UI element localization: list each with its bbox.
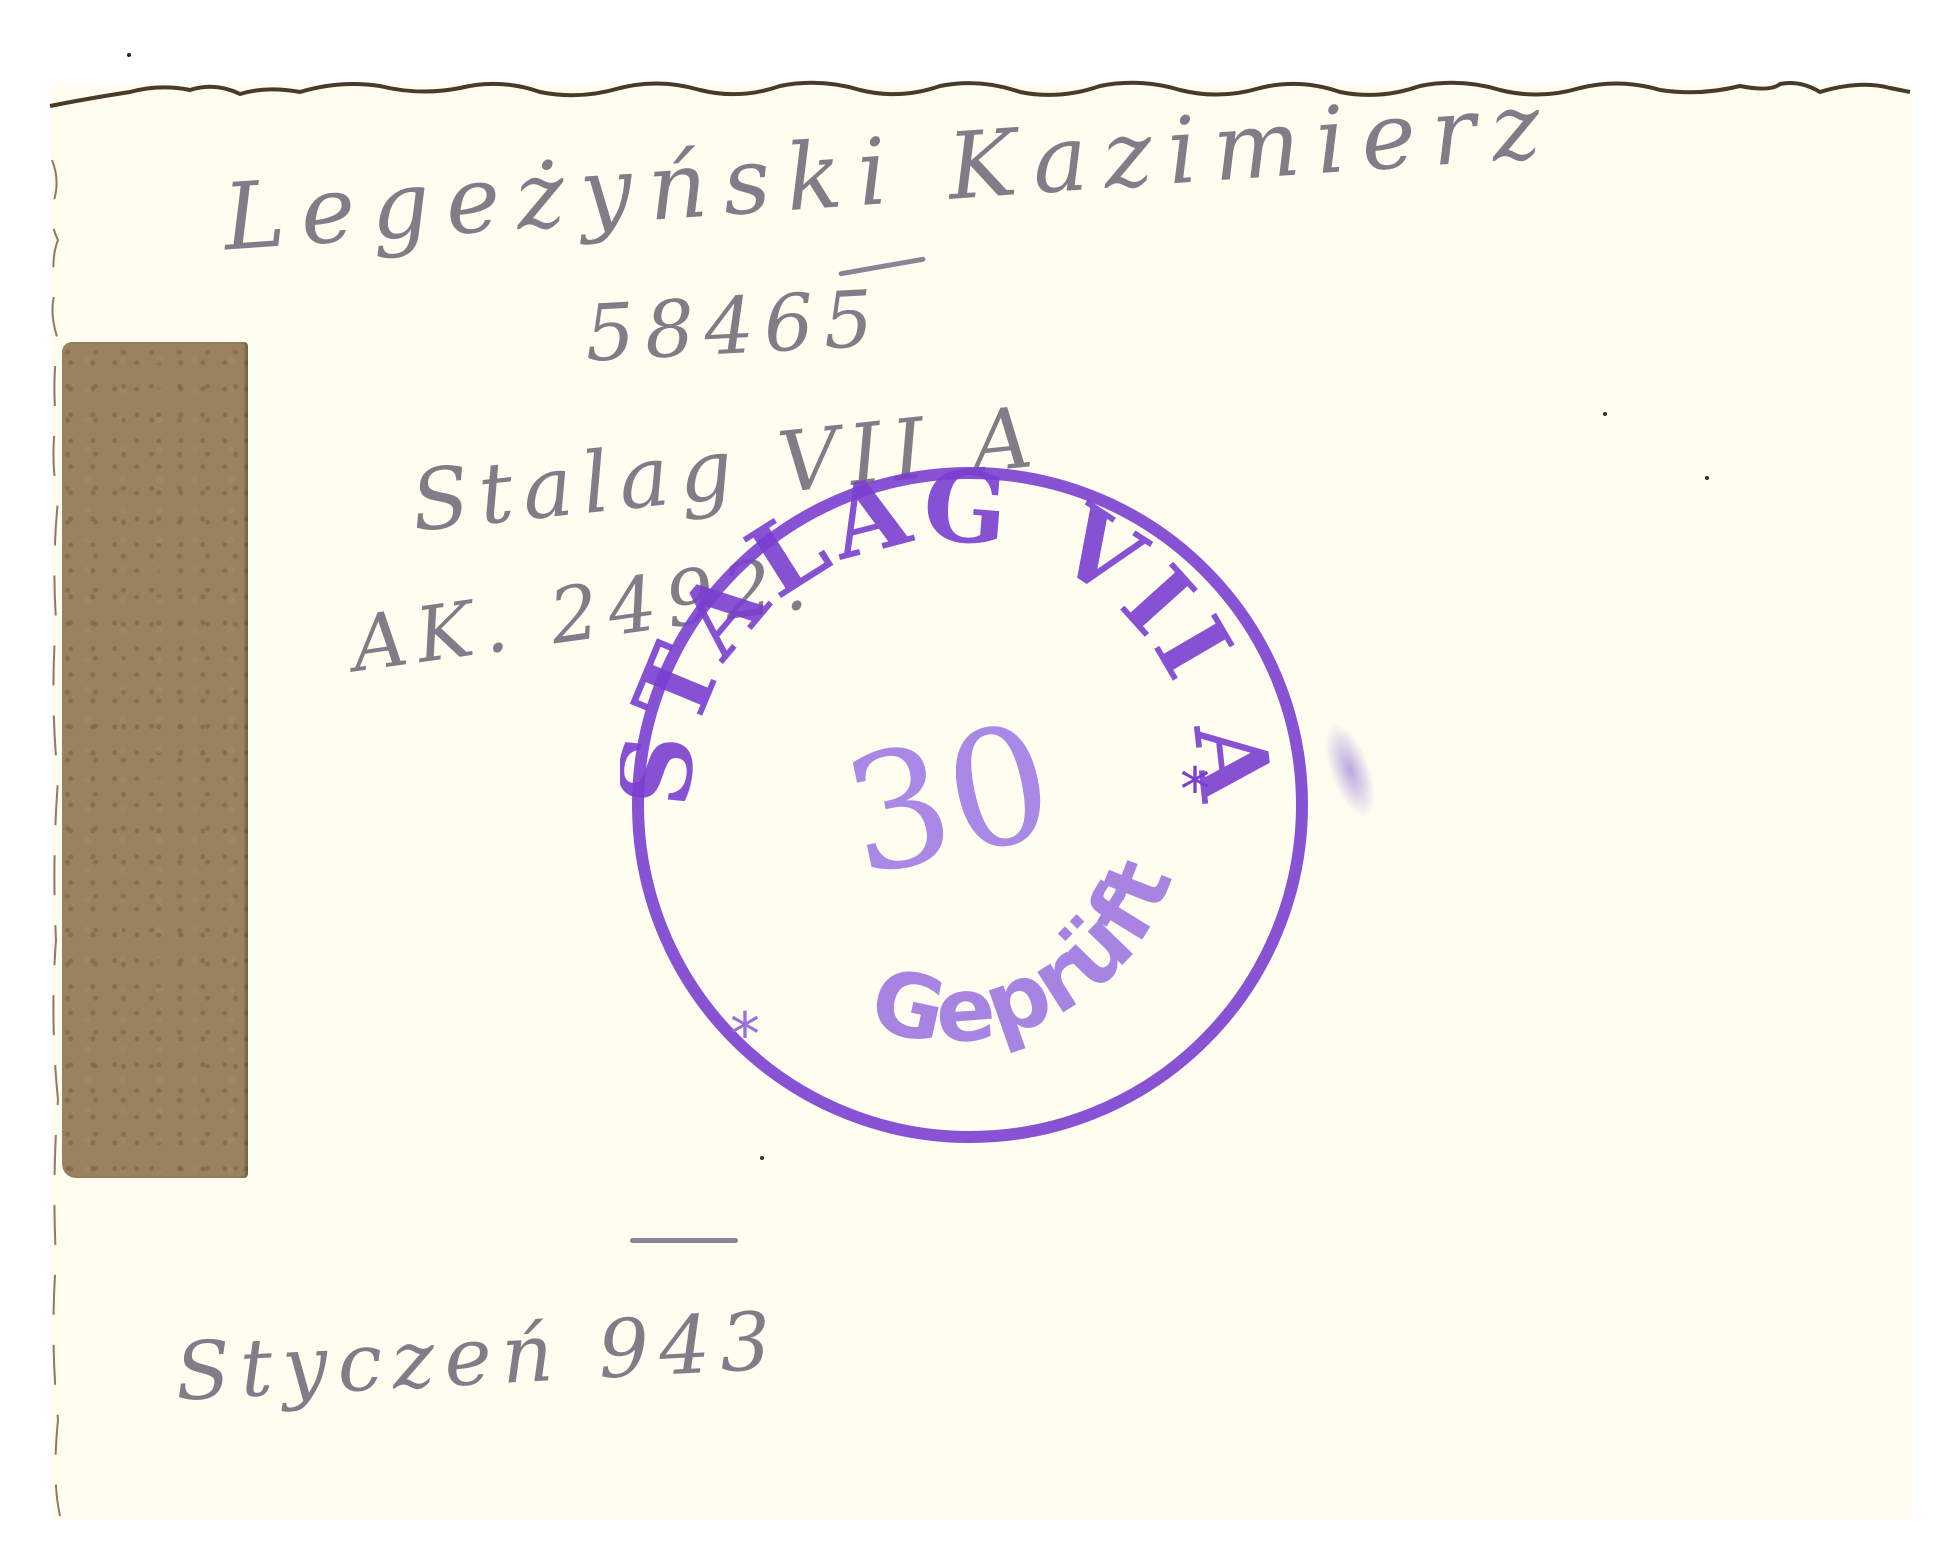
stamp-star-left: * xyxy=(730,1000,760,1070)
paper-speck xyxy=(1603,412,1607,416)
adhesive-tape-strip xyxy=(62,342,248,1178)
stamp-center-number: 30 xyxy=(830,687,1068,912)
censor-stamp: STALAG VII A Geprüft 30 * * xyxy=(620,455,1320,1155)
paper-speck xyxy=(1705,476,1709,480)
date-overline xyxy=(630,1238,738,1243)
stamp-star-right: * xyxy=(1180,755,1210,825)
handwritten-prisoner-number: 58465 xyxy=(583,274,885,379)
scan-speck xyxy=(127,53,131,57)
paper-speck xyxy=(760,1156,764,1160)
